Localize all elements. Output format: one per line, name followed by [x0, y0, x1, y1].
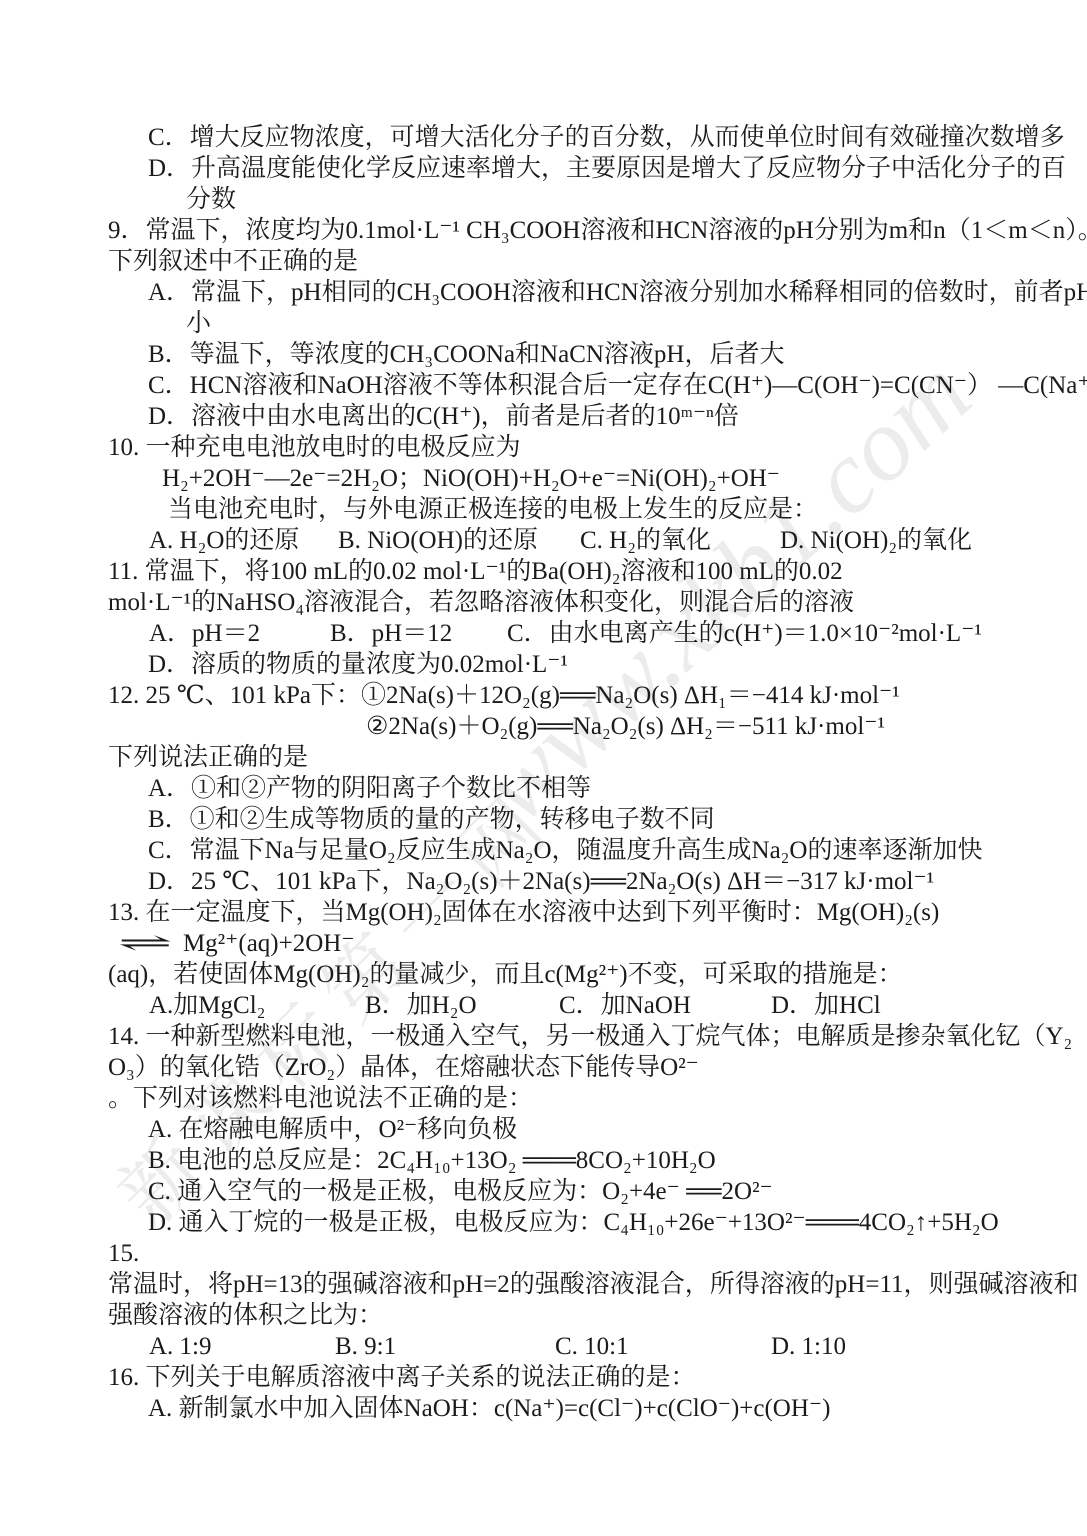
q15-option-a: A. 1:9: [149, 1331, 335, 1362]
q12-option-b: B．①和②生成等物质的量的产物，转移电子数不同: [148, 804, 1034, 835]
q10-charge-prompt: 当电池充电时，与外电源正极连接的电极上发生的反应是：: [168, 494, 1034, 525]
q8-option-d-line2: 分数: [186, 184, 1034, 215]
q12-stem-equation1: 12. 25 ℃、101 kPa下：①2Na(s)＋12O₂(g)══Na₂O(…: [108, 680, 1034, 711]
q15-option-d: D. 1:10: [771, 1331, 846, 1362]
q9-option-d: D．溶液中由水电离出的C(H⁺)，前者是后者的10ᵐ⁻ⁿ倍: [148, 401, 1034, 432]
q12-prompt: 下列说法正确的是: [108, 742, 1034, 773]
q16-option-a: A. 新制氯水中加入固体NaOH：c(Na⁺)=c(Cl⁻)+c(ClO⁻)+c…: [148, 1393, 1034, 1424]
q15-number: 15.: [108, 1238, 1034, 1269]
q9-option-a-line2: 小: [186, 308, 1034, 339]
exam-page: 新课标第一网 www.xkb1.com C．增大反应物浓度，可增大活化分子的百分…: [0, 0, 1087, 1536]
q10-option-b: B. NiO(OH)的还原: [338, 525, 580, 556]
q11-stem-line1: 11. 常温下，将100 mL的0.02 mol·L⁻¹的Ba(OH)₂溶液和1…: [108, 556, 1034, 587]
q15-option-b: B. 9:1: [335, 1331, 555, 1362]
q9-option-c: C．HCN溶液和NaOH溶液不等体积混合后一定存在C(H⁺)—C(OH⁻)=C(…: [148, 370, 1034, 401]
q10-option-d: D. Ni(OH)₂的氧化: [780, 525, 972, 556]
q14-option-d: D. 通入丁烷的一极是正极，电极反应为：C₄H₁₀+26e⁻+13O²⁻═══4…: [148, 1207, 1034, 1238]
q10-stem: 10. 一种充电电池放电时的电极反应为: [108, 432, 1034, 463]
q9-stem-line1: 9．常温下，浓度均为0.1mol·L⁻¹ CH₃COOH溶液和HCN溶液的pH分…: [108, 215, 1034, 246]
q13-stem-line1: 13. 在一定温度下，当Mg(OH)₂固体在水溶液中达到下列平衡时：Mg(OH)…: [108, 897, 1034, 928]
q10-option-c: C. H₂的氧化: [580, 525, 780, 556]
exam-content: C．增大反应物浓度，可增大活化分子的百分数，从而使单位时间有效碰撞次数增多 D．…: [104, 122, 1034, 1424]
q13-option-c: C．加NaOH: [559, 990, 771, 1021]
q10-option-a: A. H₂O的还原: [149, 525, 338, 556]
q9-option-b: B．等温下，等浓度的CH₃COONa和NaCN溶液pH，后者大: [148, 339, 1034, 370]
q11-option-b: B．pH＝12: [330, 618, 507, 649]
q12-option-c: C．常温下Na与足量O₂反应生成Na₂O，随温度升高生成Na₂O的速率逐渐加快: [148, 835, 1034, 866]
q13-equilibrium-line: ⇌Mg²⁺(aq)+2OH⁻: [118, 928, 1034, 959]
q14-option-a: A. 在熔融电解质中，O²⁻移向负极: [148, 1114, 1034, 1145]
q12-option-a: A．①和②产物的阴阳离子个数比不相等: [148, 773, 1034, 804]
q13-stem-line2: (aq)，若使固体Mg(OH)₂的量减少，而且c(Mg²⁺)不变，可采取的措施是…: [108, 959, 1034, 990]
q15-option-c: C. 10:1: [555, 1331, 771, 1362]
q14-stem-line3: 。下列对该燃料电池说法不正确的是：: [108, 1083, 1034, 1114]
q11-options-abc-row: A．pH＝2 B．pH＝12 C．由水电离产生的c(H⁺)＝1.0×10⁻²mo…: [104, 618, 1034, 649]
q10-electrode-reactions: H₂+2OH⁻—2e⁻=2H₂O；NiO(OH)+H₂O+e⁻=Ni(OH)₂+…: [162, 463, 1034, 494]
q16-stem: 16. 下列关于电解质溶液中离子关系的说法正确的是：: [108, 1362, 1034, 1393]
q12-option-d: D．25 ℃、101 kPa下，Na₂O₂(s)＋2Na(s)══2Na₂O(s…: [148, 866, 1034, 897]
q13-option-a: A.加MgCl₂: [149, 990, 365, 1021]
q14-stem-line2: O₃）的氧化锆（ZrO₂）晶体，在熔融状态下能传导O²⁻: [108, 1052, 1034, 1083]
q11-stem-line2: mol·L⁻¹的NaHSO₄溶液混合，若忽略溶液体积变化，则混合后的溶液: [108, 587, 1034, 618]
q12-equation2: ②2Na(s)＋O₂(g)══Na₂O₂(s) ΔH₂＝−511 kJ·mol⁻…: [366, 711, 1034, 742]
q13-equilibrium-products: Mg²⁺(aq)+2OH⁻: [183, 930, 355, 957]
q14-option-b: B. 电池的总反应是：2C₄H₁₀+13O₂ ═══8CO₂+10H₂O: [148, 1145, 1034, 1176]
q10-options-row: A. H₂O的还原 B. NiO(OH)的还原 C. H₂的氧化 D. Ni(O…: [104, 525, 1034, 556]
q11-option-c: C．由水电离产生的c(H⁺)＝1.0×10⁻²mol·L⁻¹: [507, 618, 982, 649]
q8-option-d-line1: D．升高温度能使化学反应速率增大，主要原因是增大了反应物分子中活化分子的百: [148, 153, 1034, 184]
q13-options-row: A.加MgCl₂ B．加H₂O C．加NaOH D．加HCl: [104, 990, 1034, 1021]
q14-option-c: C. 通入空气的一极是正极，电极反应为：O₂+4e⁻ ══2O²⁻: [148, 1176, 1034, 1207]
q15-options-row: A. 1:9 B. 9:1 C. 10:1 D. 1:10: [104, 1331, 1034, 1362]
q13-option-d: D．加HCl: [771, 990, 881, 1021]
q15-stem-line2: 强酸溶液的体积之比为：: [108, 1300, 1034, 1331]
q8-option-c: C．增大反应物浓度，可增大活化分子的百分数，从而使单位时间有效碰撞次数增多: [148, 122, 1034, 153]
q11-option-d: D．溶质的物质的量浓度为0.02mol·L⁻¹: [148, 649, 1034, 680]
q9-option-a-line1: A．常温下，pH相同的CH₃COOH溶液和HCN溶液分别加水稀释相同的倍数时，前…: [148, 277, 1034, 308]
q9-stem-line2: 下列叙述中不正确的是: [108, 246, 1034, 277]
q15-stem-line1: 常温时，将pH=13的强碱溶液和pH=2的强酸溶液混合，所得溶液的pH=11，则…: [108, 1269, 1034, 1300]
q13-option-b: B．加H₂O: [365, 990, 559, 1021]
q14-stem-line1: 14. 一种新型燃料电池，一极通入空气，另一极通入丁烷气体；电解质是掺杂氧化钇（…: [108, 1021, 1034, 1052]
equilibrium-arrow-icon: ⇌: [118, 928, 172, 959]
q11-option-a: A．pH＝2: [149, 618, 330, 649]
